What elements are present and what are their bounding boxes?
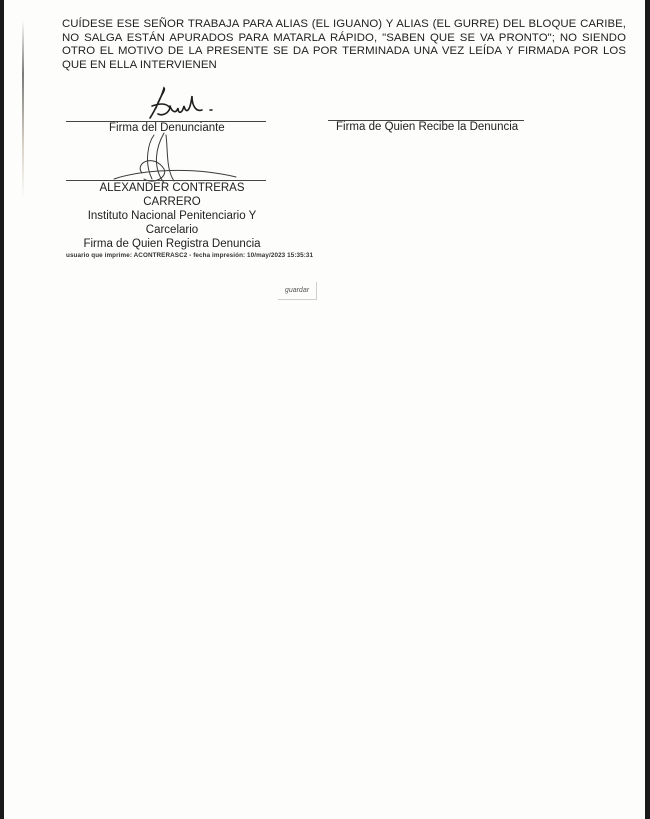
registrar-role: Firma de Quien Registra Denuncia bbox=[62, 237, 282, 251]
receiver-signature-label: Firma de Quien Recibe la Denuncia bbox=[336, 121, 518, 133]
save-button[interactable]: guardar bbox=[278, 282, 317, 300]
registrar-name-line2: CARRERO bbox=[62, 195, 282, 209]
paper-fold-mark bbox=[22, 20, 24, 200]
print-metadata: usuario que imprime: ACONTRERASC2 - fech… bbox=[66, 252, 313, 259]
document-body: CUÍDESE ESE SEÑOR TRABAJA PARA ALIAS (EL… bbox=[62, 18, 626, 72]
registrar-info: ALEXANDER CONTRERAS CARRERO Instituto Na… bbox=[62, 181, 282, 251]
document-page: CUÍDESE ESE SEÑOR TRABAJA PARA ALIAS (EL… bbox=[4, 0, 645, 819]
closing-paragraph: CUÍDESE ESE SEÑOR TRABAJA PARA ALIAS (EL… bbox=[62, 18, 626, 72]
registrar-name-line1: ALEXANDER CONTRERAS bbox=[62, 181, 282, 195]
registrar-institution-line2: Carcelario bbox=[62, 223, 282, 237]
registrar-institution-line1: Instituto Nacional Penitenciario Y bbox=[62, 209, 282, 223]
complainant-signature-icon bbox=[144, 86, 244, 126]
